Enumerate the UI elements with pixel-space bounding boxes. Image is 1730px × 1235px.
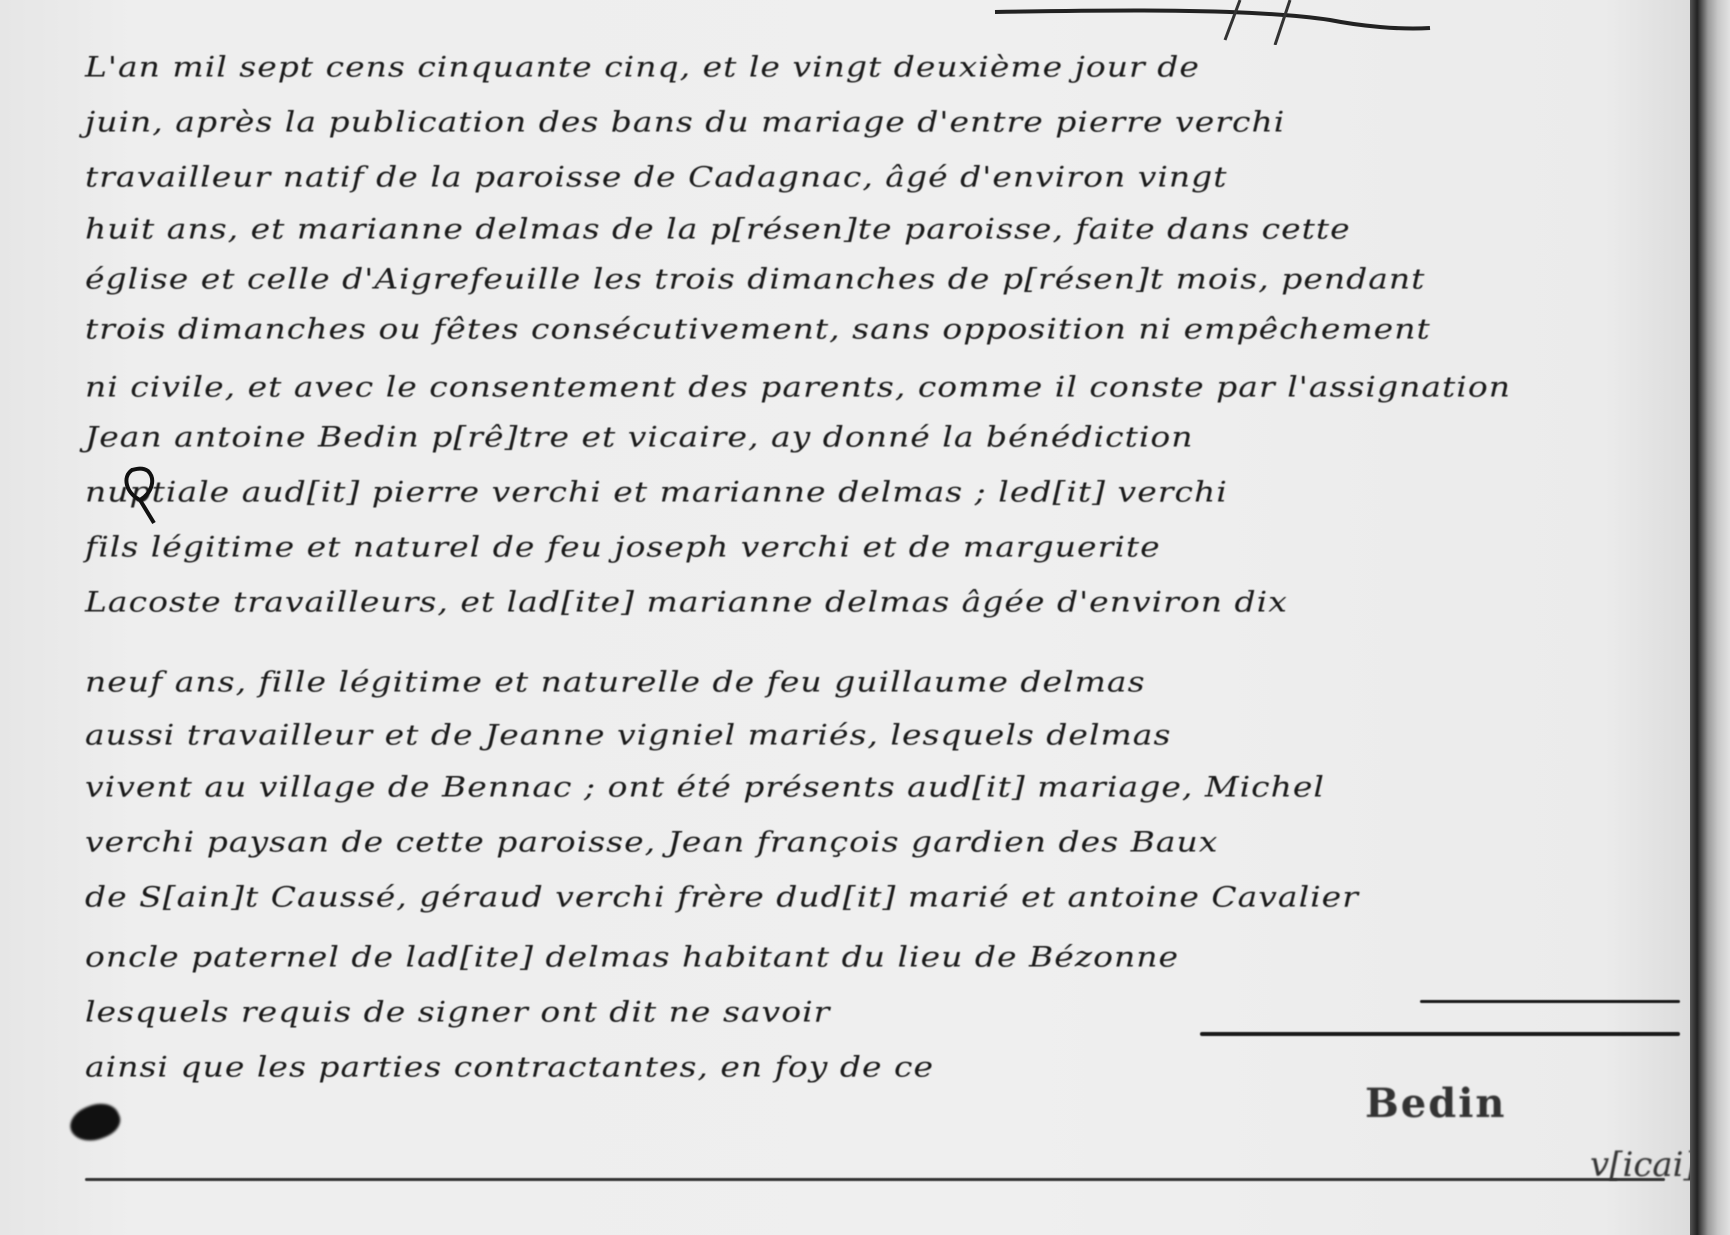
text-line-9: nuptiale aud[it] pierre verchi et marian… [85, 475, 1228, 508]
ink-blot [65, 1096, 125, 1149]
signature: Bedin [1365, 1080, 1507, 1127]
closing-rule-line-2 [1420, 1000, 1680, 1003]
text-line-4: huit ans, et marianne delmas de la p[rés… [85, 212, 1351, 245]
binding-spine [1690, 0, 1730, 1235]
text-line-6: trois dimanches ou fêtes consécutivement… [85, 312, 1431, 345]
margin-mark-icon [122, 465, 160, 525]
closing-rule-line [1200, 1032, 1680, 1036]
text-line-8: Jean antoine Bedin p[rê]tre et vicaire, … [85, 420, 1194, 453]
text-line-2: juin, après la publication des bans du m… [85, 105, 1285, 138]
text-line-1: L'an mil sept cens cinquante cinq, et le… [85, 50, 1200, 83]
text-line-3: travailleur natif de la paroisse de Cada… [85, 160, 1228, 193]
top-flourish-icon [990, 0, 1440, 45]
text-line-12: neuf ans, fille légitime et naturelle de… [85, 665, 1146, 698]
text-line-11: Lacoste travailleurs, et lad[ite] marian… [85, 585, 1288, 618]
text-line-14: vivent au village de Bennac ; ont été pr… [85, 770, 1325, 803]
manuscript-page: L'an mil sept cens cinquante cinq, et le… [0, 0, 1690, 1235]
text-line-10: fils légitime et naturel de feu joseph v… [85, 530, 1161, 563]
text-line-5: église et celle d'Aigrefeuille les trois… [85, 262, 1425, 295]
text-line-7: ni civile, et avec le consentement des p… [85, 370, 1511, 403]
text-line-15: verchi paysan de cette paroisse, Jean fr… [85, 825, 1218, 858]
text-line-16: de S[ain]t Caussé, géraud verchi frère d… [85, 880, 1359, 913]
text-line-17: oncle paternel de lad[ite] delmas habita… [85, 940, 1179, 973]
text-line-13: aussi travailleur et de Jeanne vigniel m… [85, 718, 1171, 751]
text-line-19: ainsi que les parties contractantes, en … [85, 1050, 934, 1083]
text-line-18: lesquels requis de signer ont dit ne sav… [85, 995, 830, 1028]
bottom-divider-line [85, 1178, 1665, 1181]
